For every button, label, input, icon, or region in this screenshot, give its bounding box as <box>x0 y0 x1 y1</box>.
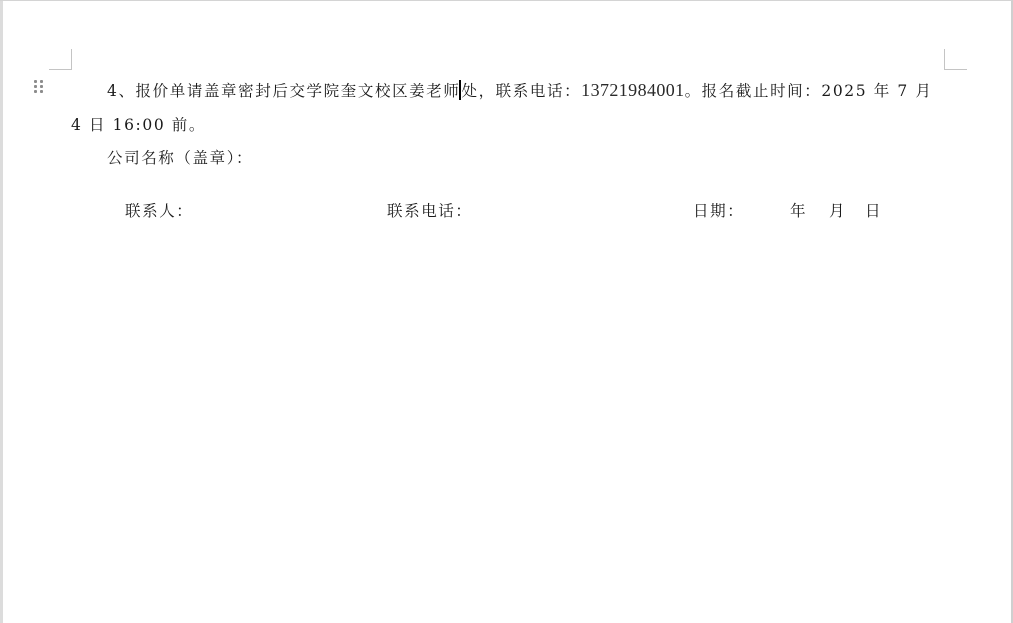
margin-corner-top-left-icon <box>49 49 72 70</box>
company-name-line[interactable]: 公司名称（盖章）： <box>107 148 253 168</box>
date-month-label: 月 <box>829 201 846 221</box>
paragraph-4-prefix: 4、报价单请盖章密封后交学院奎文校区姜老师 <box>107 82 460 100</box>
paragraph-4-line-2[interactable]: 4 日 16:00 前。 <box>71 115 206 135</box>
date-label: 日期： <box>693 201 744 221</box>
margin-corner-top-right-icon <box>944 49 967 70</box>
contact-phone-label: 联系电话： <box>387 201 473 221</box>
document-viewport[interactable]: 4、报价单请盖章密封后交学院奎文校区姜老师处，联系电话：13721984001。… <box>0 0 1013 623</box>
contact-phone-number: 13721984001 <box>581 80 684 100</box>
date-year-label: 年 <box>790 201 807 221</box>
paragraph-4-suffix: 。报名截止时间：2025 年 7 月 <box>685 82 933 100</box>
paragraph-drag-handle-icon[interactable] <box>34 80 44 94</box>
paragraph-4-after-caret: 处，联系电话： <box>461 82 581 100</box>
date-day-label: 日 <box>865 201 882 221</box>
document-page[interactable]: 4、报价单请盖章密封后交学院奎文校区姜老师处，联系电话：13721984001。… <box>3 2 1009 623</box>
contact-person-label: 联系人： <box>125 201 193 221</box>
paragraph-4-line-1[interactable]: 4、报价单请盖章密封后交学院奎文校区姜老师处，联系电话：13721984001。… <box>107 80 932 101</box>
